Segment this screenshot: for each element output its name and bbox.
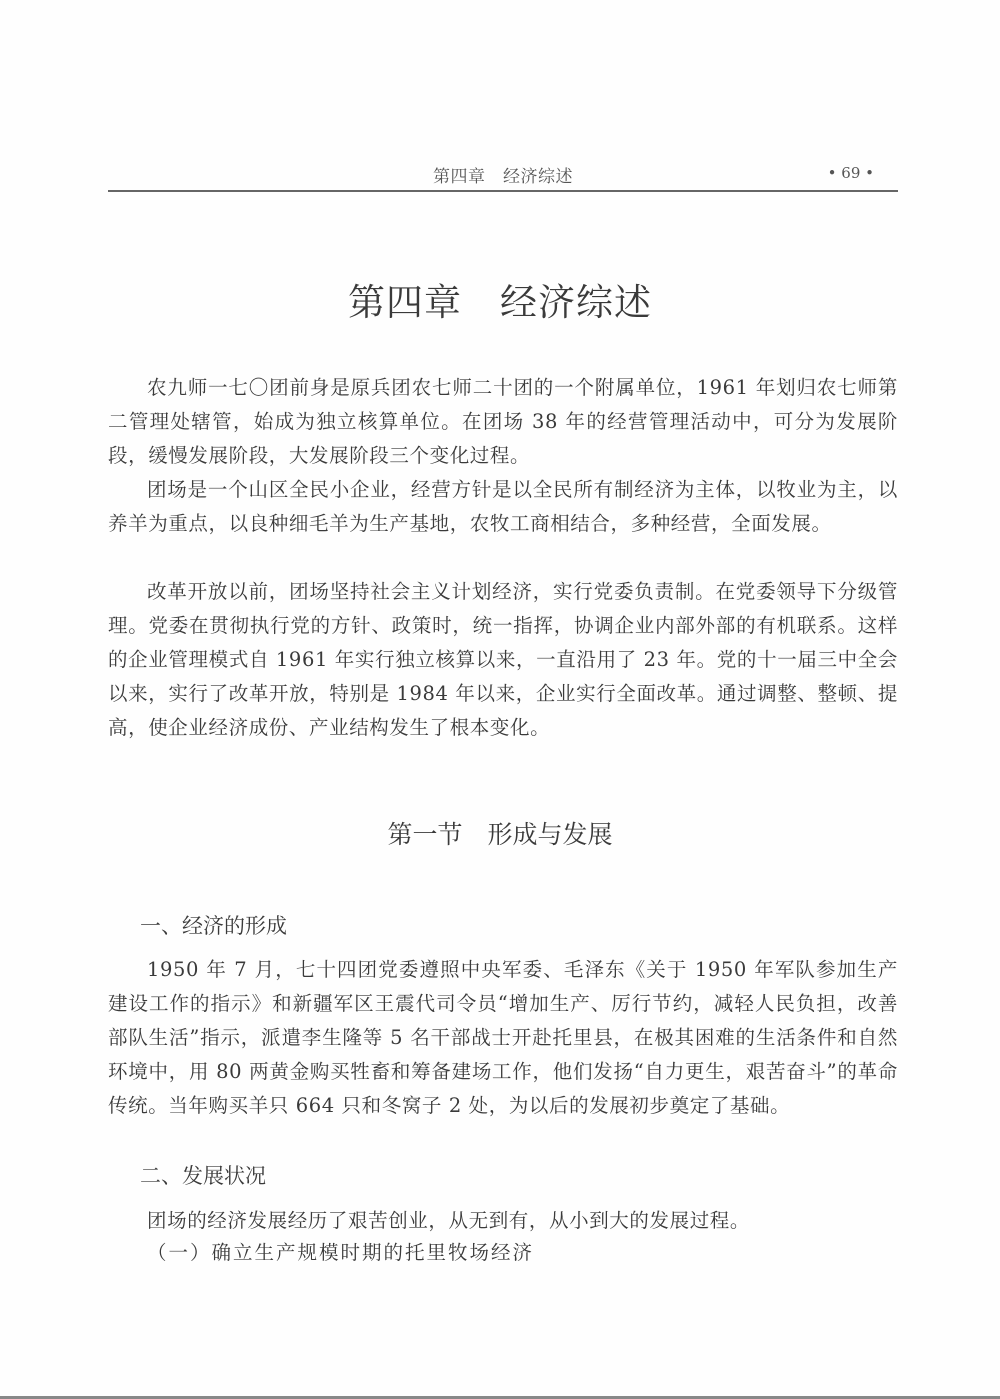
page-number: • 69 • (828, 164, 874, 182)
subsection-heading-1: 一、经济的形成 (140, 910, 287, 940)
chapter-title: 第四章 经济综述 (0, 272, 1000, 326)
running-header-title: 第四章 经济综述 (108, 162, 898, 187)
intro-paragraph-2: 团场是一个山区全民小企业，经营方针是以全民所有制经济为主体，以牧业为主，以养羊为… (108, 473, 898, 541)
header-rule (108, 190, 898, 192)
section-title: 第一节 形成与发展 (0, 815, 1000, 851)
running-header: 第四章 经济综述 • 69 • (108, 158, 898, 188)
subsection-2-paragraph-2: （一）确立生产规模时期的托里牧场经济 (108, 1236, 898, 1270)
subsection-2-paragraph-1: 团场的经济发展经历了艰苦创业，从无到有，从小到大的发展过程。 (108, 1204, 898, 1238)
subsection-heading-2: 二、发展状况 (140, 1160, 266, 1190)
intro-paragraph-1: 农九师一七〇团前身是原兵团农七师二十团的一个附属单位，1961 年划归农七师第二… (108, 371, 898, 473)
subsection-1-paragraph-1: 1950 年 7 月，七十四团党委遵照中央军委、毛泽东《关于 1950 年军队参… (108, 953, 898, 1123)
intro-paragraph-3: 改革开放以前，团场坚持社会主义计划经济，实行党委负责制。在党委领导下分级管理。党… (108, 575, 898, 745)
